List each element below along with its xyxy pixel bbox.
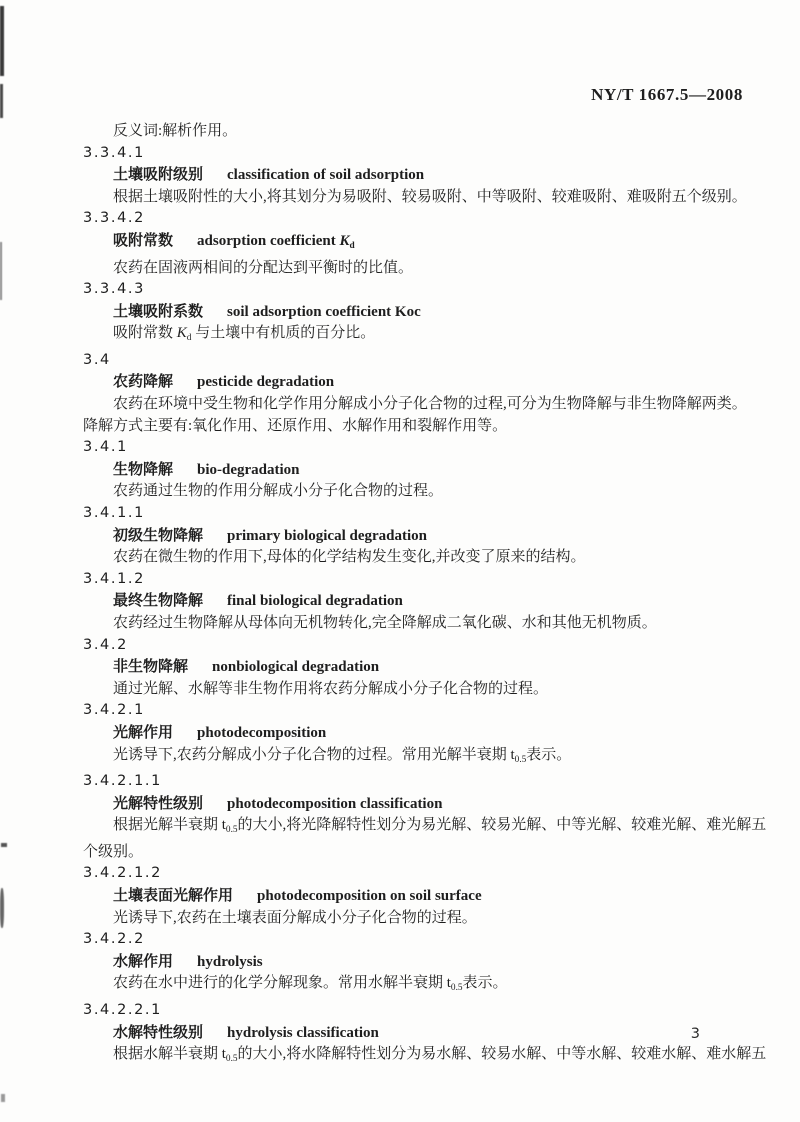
entry-number: 3.4.1: [83, 437, 743, 459]
scan-artifact: [0, 84, 3, 118]
term-entry: 3.3.4.3 土壤吸附系数soil adsorption coefficien…: [83, 279, 743, 350]
term-zh: 农药降解: [113, 373, 173, 390]
entry-number: 3.4.2.1.1: [83, 771, 743, 793]
term-zh: 初级生物降解: [113, 527, 203, 544]
definition-line: 吸附常数 Kd 与土壤中有机质的百分比。: [83, 323, 743, 350]
term-zh: 土壤吸附系数: [113, 303, 203, 320]
definition-line: 通过光解、水解等非生物作用将农药分解成小分子化合物的过程。: [83, 679, 743, 701]
term-en: classification of soil adsorption: [227, 167, 424, 183]
entry-definition: 根据土壤吸附性的大小,将其划分为易吸附、较易吸附、中等吸附、较难吸附、难吸附五个…: [83, 187, 743, 209]
term-zh: 生物降解: [113, 461, 173, 478]
term-en: photodecomposition classification: [227, 796, 442, 812]
entry-term: 水解作用hydrolysis: [83, 951, 743, 974]
page-number: 3: [0, 1026, 800, 1042]
term-entry: 3.3.4.1 土壤吸附级别classification of soil ads…: [83, 143, 743, 209]
term-entry: 3.4.1.1 初级生物降解primary biological degrada…: [83, 503, 743, 569]
entry-definition: 根据光解半衰期 t0.5的大小,将光降解特性划分为易光解、较易光解、中等光解、较…: [83, 815, 743, 863]
term-zh: 土壤吸附级别: [113, 166, 203, 183]
entry-term: 土壤吸附级别classification of soil adsorption: [83, 164, 743, 187]
term-entry: 3.4.2.1.1 光解特性级别photodecomposition class…: [83, 771, 743, 863]
scanned-standard-page: { "page": { "standard_number": "NY/T 166…: [0, 0, 800, 1122]
definition-line: 农药经过生物降解从母体向无机物转化,完全降解成二氧化碳、水和其他无机物质。: [83, 613, 743, 635]
term-en: photodecomposition on soil surface: [257, 888, 482, 904]
term-entry: 3.4 农药降解pesticide degradation 农药在环境中受生物和…: [83, 350, 743, 437]
term-entry: 3.4.2.1.2 土壤表面光解作用photodecomposition on …: [83, 863, 743, 929]
term-en: bio-degradation: [197, 462, 300, 478]
entry-definition: 农药通过生物的作用分解成小分子化合物的过程。: [83, 481, 743, 503]
entry-term: 农药降解pesticide degradation: [83, 371, 743, 394]
term-en: soil adsorption coefficient Koc: [227, 304, 421, 320]
entry-definition: 农药在环境中受生物和化学作用分解成小分子化合物的过程,可分为生物降解与非生物降解…: [83, 394, 743, 437]
entry-definition: 通过光解、水解等非生物作用将农药分解成小分子化合物的过程。: [83, 679, 743, 701]
term-entry: 3.3.4.2 吸附常数adsorption coefficient Kd 农药…: [83, 208, 743, 279]
definition-line: 农药通过生物的作用分解成小分子化合物的过程。: [83, 481, 743, 503]
entry-number: 3.4.2.2.1: [83, 1000, 743, 1022]
entry-number: 3.4.2: [83, 635, 743, 657]
term-en: primary biological degradation: [227, 528, 427, 544]
entry-number: 3.3.4.3: [83, 279, 743, 301]
definition-line: 农药在环境中受生物和化学作用分解成小分子化合物的过程,可分为生物降解与非生物降解…: [83, 394, 743, 416]
page-content: NY/T 1667.5—2008 反义词:解析作用。 3.3.4.1 土壤吸附级…: [0, 0, 800, 1071]
term-entry: 3.4.2 非生物降解nonbiological degradation 通过光…: [83, 635, 743, 701]
definition-line: 根据水解半衰期 t0.5的大小,将水降解特性划分为易水解、较易水解、中等水解、较…: [83, 1044, 743, 1071]
definition-line: 光诱导下,农药分解成小分子化合物的过程。常用光解半衰期 t0.5表示。: [83, 745, 743, 772]
standard-number-header: NY/T 1667.5—2008: [83, 84, 743, 106]
term-zh: 光解特性级别: [113, 795, 203, 812]
term-en: photodecomposition: [197, 725, 326, 741]
scan-artifact: [1, 843, 7, 847]
entries: 3.3.4.1 土壤吸附级别classification of soil ads…: [83, 143, 743, 1071]
entry-definition: 农药经过生物降解从母体向无机物转化,完全降解成二氧化碳、水和其他无机物质。: [83, 613, 743, 635]
entry-term: 土壤表面光解作用photodecomposition on soil surfa…: [83, 885, 743, 908]
term-en: final biological degradation: [227, 593, 403, 609]
definition-line: 农药在微生物的作用下,母体的化学结构发生变化,并改变了原来的结构。: [83, 547, 743, 569]
definition-line: 农药在固液两相间的分配达到平衡时的比值。: [83, 258, 743, 280]
entry-definition: 光诱导下,农药在土壤表面分解成小分子化合物的过程。: [83, 908, 743, 930]
entry-term: 光解特性级别photodecomposition classification: [83, 793, 743, 816]
entry-definition: 农药在固液两相间的分配达到平衡时的比值。: [83, 258, 743, 280]
entry-number: 3.4.2.2: [83, 929, 743, 951]
term-entry: 3.4.2.1 光解作用photodecomposition 光诱导下,农药分解…: [83, 700, 743, 771]
term-zh: 非生物降解: [113, 658, 188, 675]
term-zh: 土壤表面光解作用: [113, 887, 233, 904]
entry-definition: 吸附常数 Kd 与土壤中有机质的百分比。: [83, 323, 743, 350]
entry-number: 3.4.1.2: [83, 569, 743, 591]
term-en: hydrolysis: [197, 954, 263, 970]
scan-artifact: [0, 888, 4, 928]
term-zh: 光解作用: [113, 724, 173, 741]
term-entry: 3.4.1.2 最终生物降解final biological degradati…: [83, 569, 743, 635]
term-zh: 水解作用: [113, 953, 173, 970]
entry-term: 初级生物降解primary biological degradation: [83, 525, 743, 548]
definition-line: 农药在水中进行的化学分解现象。常用水解半衰期 t0.5表示。: [83, 973, 743, 1000]
entry-number: 3.4.1.1: [83, 503, 743, 525]
entry-term: 土壤吸附系数soil adsorption coefficient Koc: [83, 301, 743, 324]
term-zh: 最终生物降解: [113, 592, 203, 609]
scan-artifact: [1, 1094, 5, 1102]
entry-term: 生物降解bio-degradation: [83, 459, 743, 482]
entry-number: 3.4.2.1: [83, 700, 743, 722]
entry-number: 3.4: [83, 350, 743, 372]
entry-definition: 农药在微生物的作用下,母体的化学结构发生变化,并改变了原来的结构。: [83, 547, 743, 569]
term-en: pesticide degradation: [197, 374, 334, 390]
term-zh: 吸附常数: [113, 232, 173, 249]
scan-artifact: [0, 6, 4, 76]
entry-definition: 光诱导下,农药分解成小分子化合物的过程。常用光解半衰期 t0.5表示。: [83, 745, 743, 772]
definition-line: 光诱导下,农药在土壤表面分解成小分子化合物的过程。: [83, 908, 743, 930]
definition-line: 个级别。: [83, 842, 743, 864]
entry-definition: 农药在水中进行的化学分解现象。常用水解半衰期 t0.5表示。: [83, 973, 743, 1000]
entry-term: 最终生物降解final biological degradation: [83, 590, 743, 613]
definition-line: 降解方式主要有:氧化作用、还原作用、水解作用和裂解作用等。: [83, 416, 743, 438]
entry-number: 3.3.4.2: [83, 208, 743, 230]
entry-number: 3.4.2.1.2: [83, 863, 743, 885]
antonym-note-line: 反义词:解析作用。: [83, 121, 743, 143]
entry-term: 吸附常数adsorption coefficient Kd: [83, 230, 743, 258]
definition-line: 根据土壤吸附性的大小,将其划分为易吸附、较易吸附、中等吸附、较难吸附、难吸附五个…: [83, 187, 743, 209]
scan-artifact: [0, 242, 2, 300]
entry-definition: 根据水解半衰期 t0.5的大小,将水降解特性划分为易水解、较易水解、中等水解、较…: [83, 1044, 743, 1071]
entry-number: 3.3.4.1: [83, 143, 743, 165]
term-entry: 3.4.2.2 水解作用hydrolysis 农药在水中进行的化学分解现象。常用…: [83, 929, 743, 1000]
term-en: adsorption coefficient Kd: [197, 233, 355, 249]
term-entry: 3.4.1 生物降解bio-degradation 农药通过生物的作用分解成小分…: [83, 437, 743, 503]
definition-line: 根据光解半衰期 t0.5的大小,将光降解特性划分为易光解、较易光解、中等光解、较…: [83, 815, 743, 842]
entry-term: 非生物降解nonbiological degradation: [83, 656, 743, 679]
term-en: nonbiological degradation: [212, 659, 379, 675]
entry-term: 光解作用photodecomposition: [83, 722, 743, 745]
